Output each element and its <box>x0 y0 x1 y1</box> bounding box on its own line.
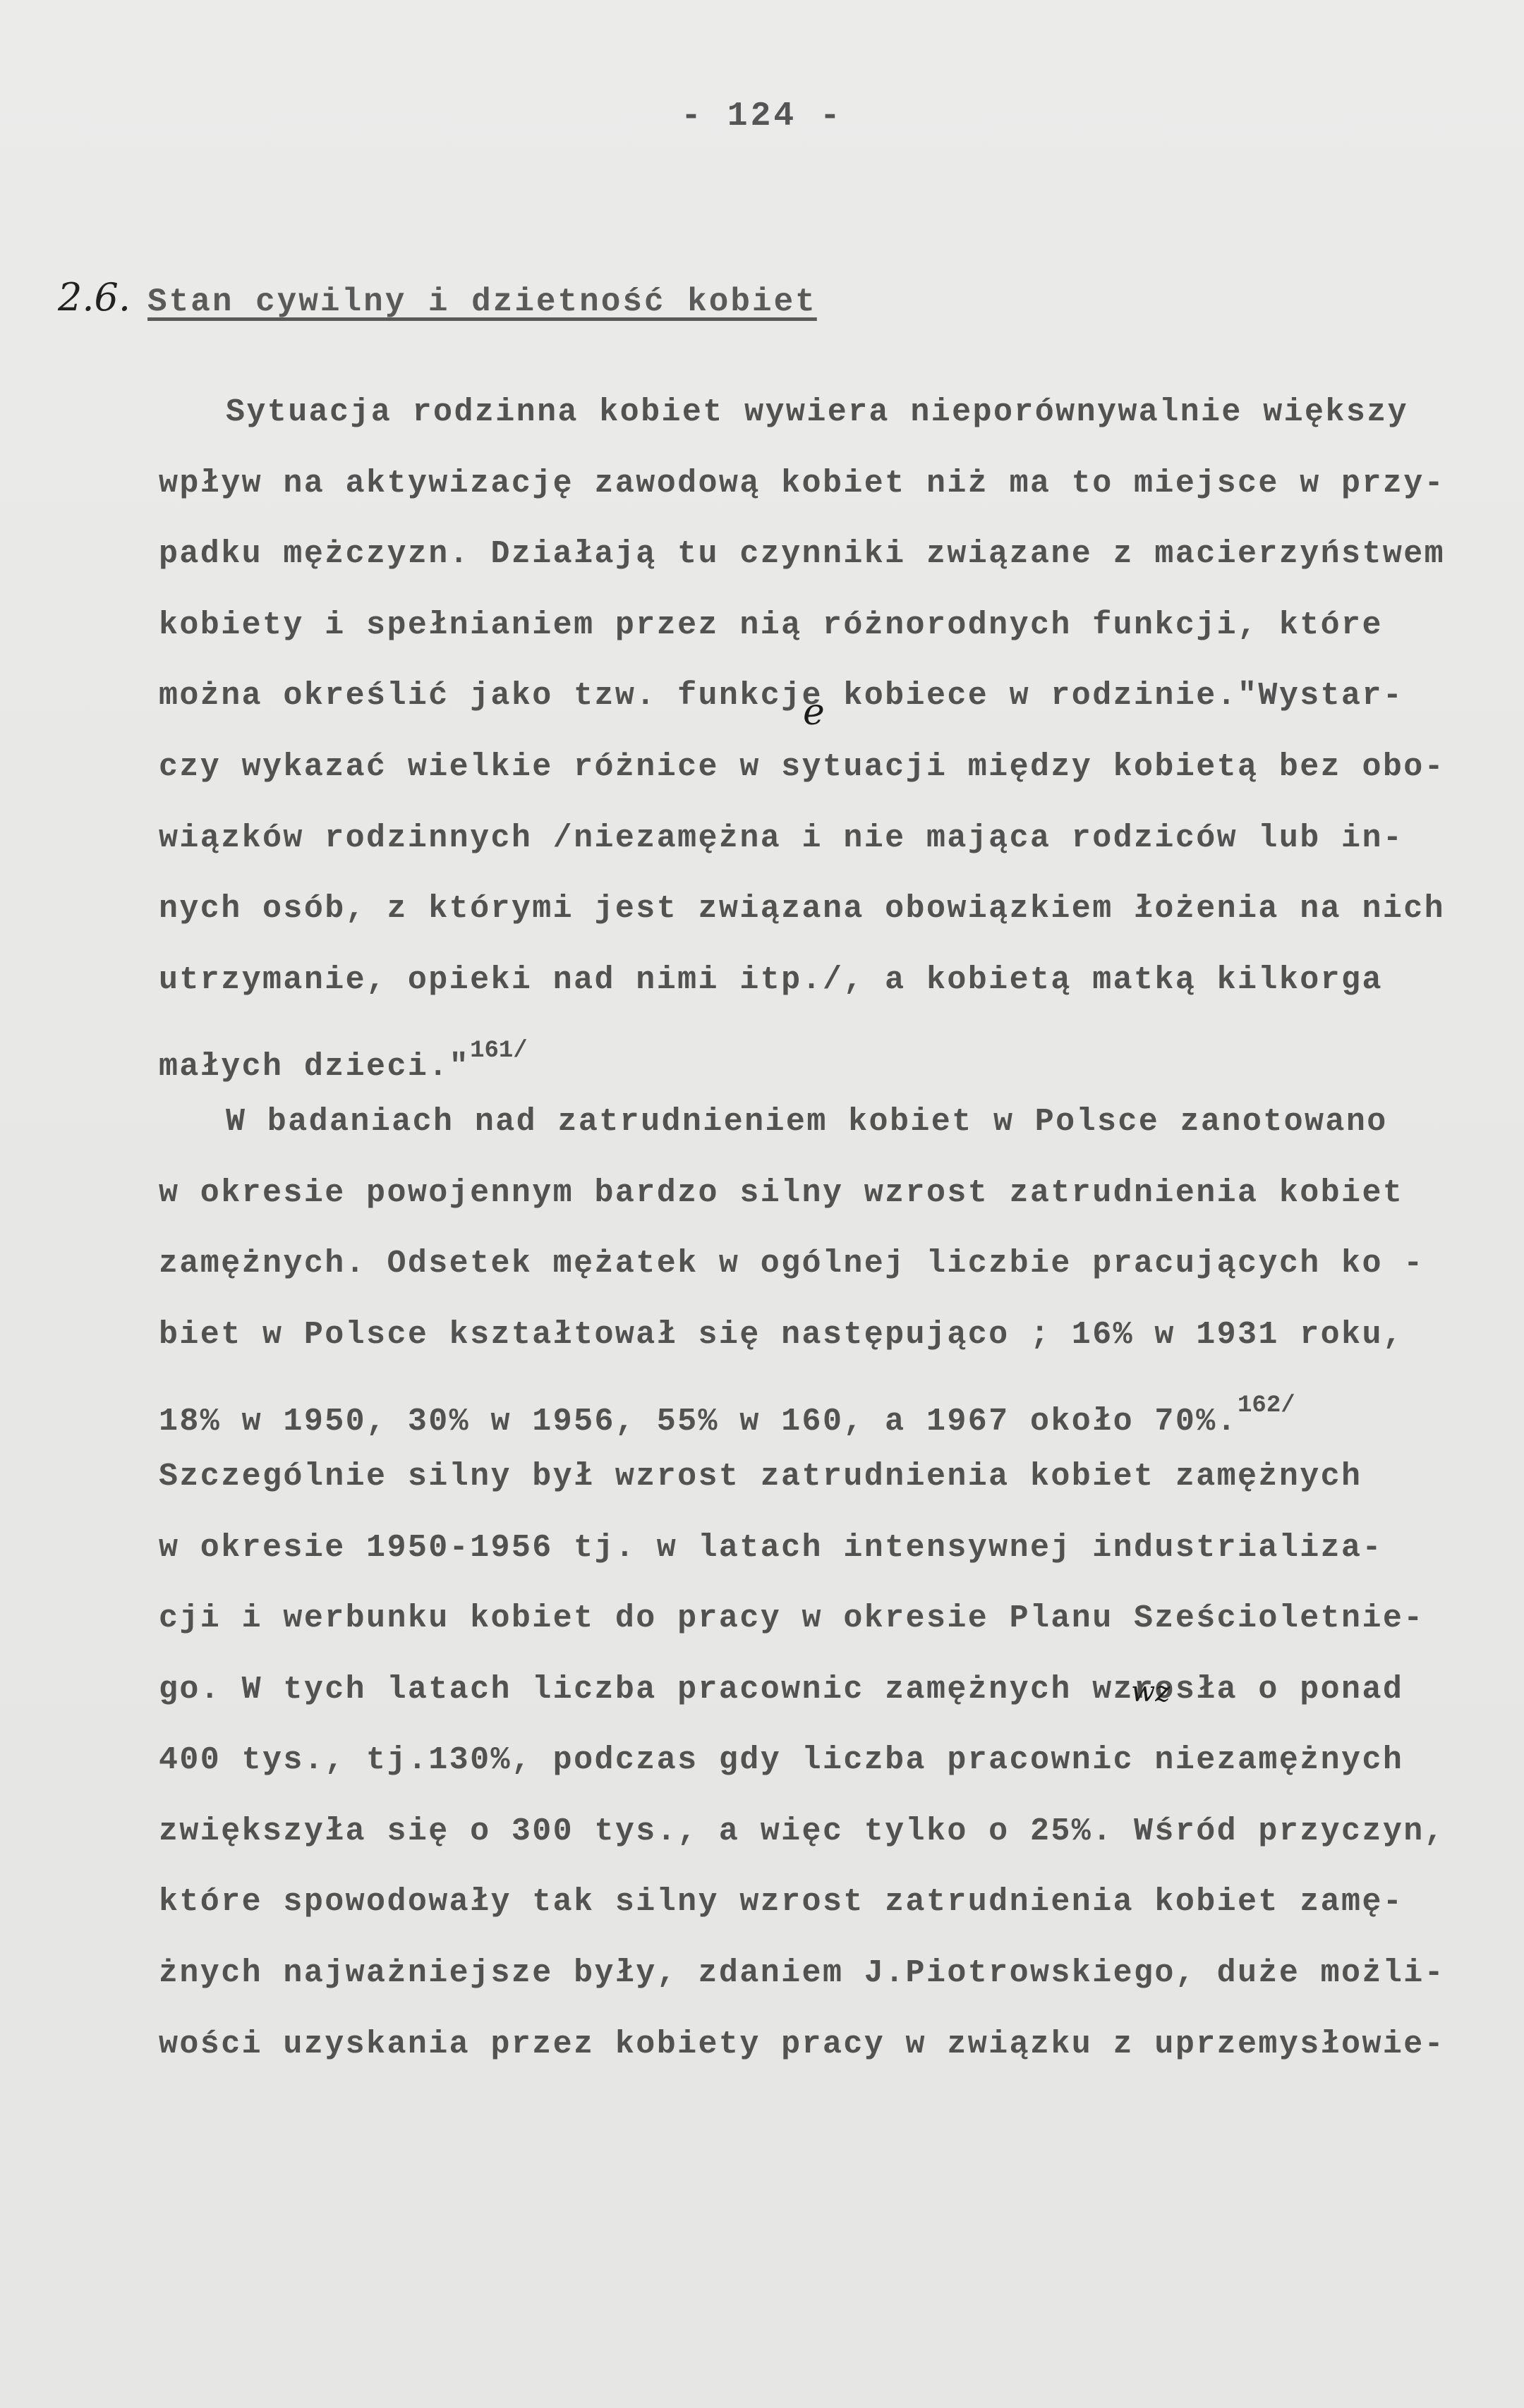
text-line: kobiety i spełnianiem przez nią różnorod… <box>159 604 1499 676</box>
section-title: Stan cywilny i dzietność kobiet <box>147 284 817 320</box>
handwritten-correction: e <box>803 691 825 734</box>
text-line: padku mężczyzn. Działają tu czynniki zwi… <box>159 533 1499 604</box>
text-line: które spowodowały tak silny wzrost zatru… <box>159 1881 1499 1952</box>
text-line: nych osób, z którymi jest związana obowi… <box>159 888 1499 959</box>
footnote-ref: 161/ <box>470 1038 528 1064</box>
text-line: W badaniach nad zatrudnieniem kobiet w P… <box>159 1101 1499 1172</box>
text-line: w okresie powojennym bardzo silny wzrost… <box>159 1172 1499 1243</box>
text-line: go. W tych latach liczba pracownic zamęż… <box>159 1669 1499 1740</box>
text-line: żnych najważniejsze były, zdaniem J.Piot… <box>159 1952 1499 2024</box>
text-line: czy wykazać wielkie różnice w sytuacji m… <box>159 746 1499 817</box>
text-line: Sytuacja rodzinna kobiet wywiera nieporó… <box>159 391 1499 463</box>
text-line: wości uzyskania przez kobiety pracy w zw… <box>159 2024 1499 2095</box>
text-line: biet w Polsce kształtował się następując… <box>159 1314 1499 1385</box>
document-page: - 124 - 2.6.Stan cywilny i dzietność kob… <box>0 0 1524 2408</box>
text-line: 18% w 1950, 30% w 1956, 55% w 160, a 196… <box>159 1385 1499 1456</box>
footnote-ref: 162/ <box>1238 1392 1295 1419</box>
text-line: w okresie 1950-1956 tj. w latach intensy… <box>159 1527 1499 1598</box>
text-line: małych dzieci."161/ <box>159 1030 1499 1101</box>
text-fragment: małych dzieci." <box>159 1049 470 1085</box>
text-line: zwiększyła się o 300 tys., a więc tylko … <box>159 1811 1499 1882</box>
handwritten-insert: wz <box>1131 1676 1170 1708</box>
text-line: 400 tys., tj.130%, podczas gdy liczba pr… <box>159 1739 1499 1811</box>
text-line: wpływ na aktywizację zawodową kobiet niż… <box>159 463 1499 534</box>
section-number: 2.6. <box>58 275 131 320</box>
section-heading: 2.6.Stan cywilny i dzietność kobiet <box>58 275 817 320</box>
text-fragment: 18% w 1950, 30% w 1956, 55% w 160, a 196… <box>159 1404 1238 1440</box>
text-line: Szczególnie silny był wzrost zatrudnieni… <box>159 1456 1499 1527</box>
page-number: - 124 - <box>0 97 1524 135</box>
text-line: można określić jako tzw. funkcje kobiece… <box>159 675 1499 746</box>
text-line: cji i werbunku kobiet do pracy w okresie… <box>159 1598 1499 1669</box>
body-text: Sytuacja rodzinna kobiet wywiera nieporó… <box>159 391 1499 2094</box>
text-line: wiązków rodzinnych /niezamężna i nie maj… <box>159 817 1499 889</box>
text-line: utrzymanie, opieki nad nimi itp./, a kob… <box>159 959 1499 1030</box>
text-line: zamężnych. Odsetek mężatek w ogólnej lic… <box>159 1243 1499 1314</box>
